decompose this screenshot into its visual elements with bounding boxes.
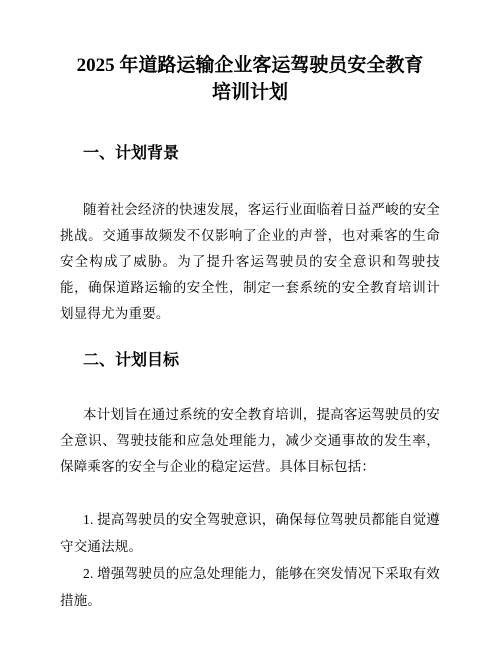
document-title: 2025 年道路运输企业客运驾驶员安全教育培训计划 — [71, 52, 429, 106]
section-heading-plan-background: 一、计划背景 — [83, 144, 440, 164]
document-page: 2025 年道路运输企业客运驾驶员安全教育培训计划 一、计划背景 随着社会经济的… — [0, 0, 500, 647]
paragraph-plan-goals: 本计划旨在通过系统的安全教育培训，提高客运驾驶员的安全意识、驾驶技能和应急处理能… — [60, 402, 440, 480]
list-item: 2. 增强驾驶员的应急处理能力，能够在突发情况下采取有效措施。 — [60, 560, 440, 614]
list-item: 1. 提高驾驶员的安全驾驶意识，确保每位驾驶员都能自觉遵守交通法规。 — [60, 506, 440, 560]
paragraph-plan-background: 随着社会经济的快速发展，客运行业面临着日益严峻的安全挑战。交通事故频发不仅影响了… — [60, 197, 440, 327]
section-heading-plan-goals: 二、计划目标 — [83, 351, 440, 371]
